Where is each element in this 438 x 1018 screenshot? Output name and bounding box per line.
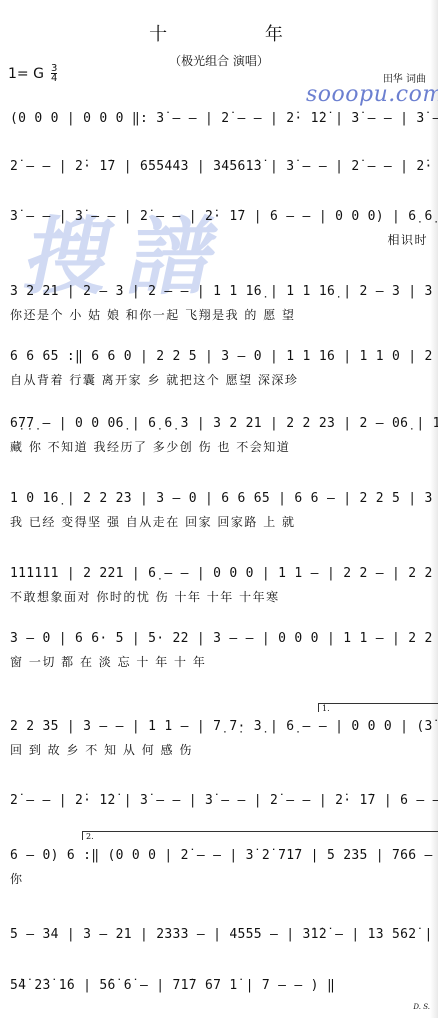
lyrics: 不敢想象面对 你时的忧 伤 十年 十年 十年寒 [10,589,434,605]
lyrics: 相识时 [10,232,434,248]
lyrics: 窗 一切 都 在 淡 忘 十 年 十 年 [10,654,434,670]
lyrics: 你还是个 小 姑 娘 和你一起 飞翔是我 的 愿 望 [10,307,434,323]
dal-segno-mark: D. S. [413,1003,430,1011]
score-row-6: 6̣7̣7̣ — | 0 0 06̣ | 6̣ 6̣ 3 | 3 2 21 | … [10,415,434,455]
notes: 3 — 0 | 6 6· 5 | 5· 22 | 3 — — | 0 0 0 |… [10,630,434,648]
score-row-9: 3 — 0 | 6 6· 5 | 5· 22 | 3 — — | 0 0 0 |… [10,630,434,670]
score-row-5: 6 6 65 :‖ 6 6 0 | 2 2 5 | 3 — 0 | 1 1 16… [10,348,434,388]
notes: 5̇4̇ 2̇3̇ 1̇6 | 5̇6̇ 6̇ — | 71̇7 67 1̇ |… [10,977,434,995]
notes: 6 — 0) 6 :‖ (0 0 0 | 2̇ — — | 3̇ 2̇ 71̇7… [10,847,434,865]
volta-label: 1. [322,704,330,713]
notes: 1 0 16̣ | 2 2 23 | 3 — 0 | 6 6 65 | 6 6 … [10,490,434,508]
song-performer: （极光组合 演唱） [0,52,438,69]
notes: 3 2 21 | 2 — 3 | 2 — — | 1 1 16̣ | 1 1 1… [10,283,434,301]
key-signature: 1= G 3 4 [8,64,57,83]
score-row-10: 2 2 35 | 3 — — | 1 1 — | 7̣ 7̣· 3̣ | 6̣ … [10,718,434,758]
score-row-2: 2̇ — — | 2̇· 1̇7 | 655443 | 34561̇3̇ | 3… [10,158,434,176]
score-row-13: 5 — 34 | 3 — 21 | 2333 — | 4555 — | 3̇1̇… [10,926,434,944]
credits: 田华 词曲 [383,70,426,85]
score-row-4: 3 2 21 | 2 — 3 | 2 — — | 1 1 16̣ | 1 1 1… [10,283,434,323]
time-sig-bottom: 4 [51,74,57,83]
score-row-3: 3̇ — — | 3̇ — — | 2̇ — — | 2̇· 1̇7 | 6 —… [10,208,434,248]
lyrics: 回 到 故 乡 不 知 从 何 感 伤 [10,742,434,758]
notes: 5 — 34 | 3 — 21 | 2333 — | 4555 — | 3̇1̇… [10,926,434,944]
score-row-12: 6 — 0) 6 :‖ (0 0 0 | 2̇ — — | 3̇ 2̇ 71̇7… [10,847,434,887]
lyrics: 自从背着 行囊 离开家 乡 就把这个 愿望 深深珍 [10,372,434,388]
notes: 111111 | 2 221 | 6̣ — — | 0 0 0 | 1 1 — … [10,565,434,583]
score-row-1: (0 0 0 | 0 0 0 ‖: 3̇ — — | 2̇ — — | 2̇· … [10,110,434,128]
notes: 6̣7̣7̣ — | 0 0 06̣ | 6̣ 6̣ 3 | 3 2 21 | … [10,415,434,433]
key-label: 1= G [8,66,44,82]
notes: 2̇ — — | 2̇· 1̇7 | 655443 | 34561̇3̇ | 3… [10,158,434,176]
time-signature: 3 4 [51,64,57,83]
lyrics: 藏 你 不知道 我经历了 多少创 伤 也 不会知道 [10,439,434,455]
notes: (0 0 0 | 0 0 0 ‖: 3̇ — — | 2̇ — — | 2̇· … [10,110,434,128]
volta-second-ending: 2. [82,831,438,840]
volta-first-ending: 1. [318,703,438,712]
score-row-7: 1 0 16̣ | 2 2 23 | 3 — 0 | 6 6 65 | 6 6 … [10,490,434,530]
lyrics: 我 已经 变得坚 强 自从走在 回家 回家路 上 就 [10,514,434,530]
score-row-14: 5̇4̇ 2̇3̇ 1̇6 | 5̇6̇ 6̇ — | 71̇7 67 1̇ |… [10,977,434,995]
lyrics: 你 [10,871,434,887]
score-row-11: 2̇ — — | 2̇· 1̇2̇ | 3̇ — — | 3̇ — — | 2̇… [10,792,434,810]
watermark-site: sooopu.com [306,82,438,107]
volta-label: 2. [86,832,94,841]
score-row-8: 111111 | 2 221 | 6̣ — — | 0 0 0 | 1 1 — … [10,565,434,605]
notes: 2 2 35 | 3 — — | 1 1 — | 7̣ 7̣· 3̣ | 6̣ … [10,718,434,736]
song-title: 十 年 [0,20,438,46]
notes: 6 6 65 :‖ 6 6 0 | 2 2 5 | 3 — 0 | 1 1 16… [10,348,434,366]
notes: 3̇ — — | 3̇ — — | 2̇ — — | 2̇· 1̇7 | 6 —… [10,208,434,226]
notes: 2̇ — — | 2̇· 1̇2̇ | 3̇ — — | 3̇ — — | 2̇… [10,792,434,810]
